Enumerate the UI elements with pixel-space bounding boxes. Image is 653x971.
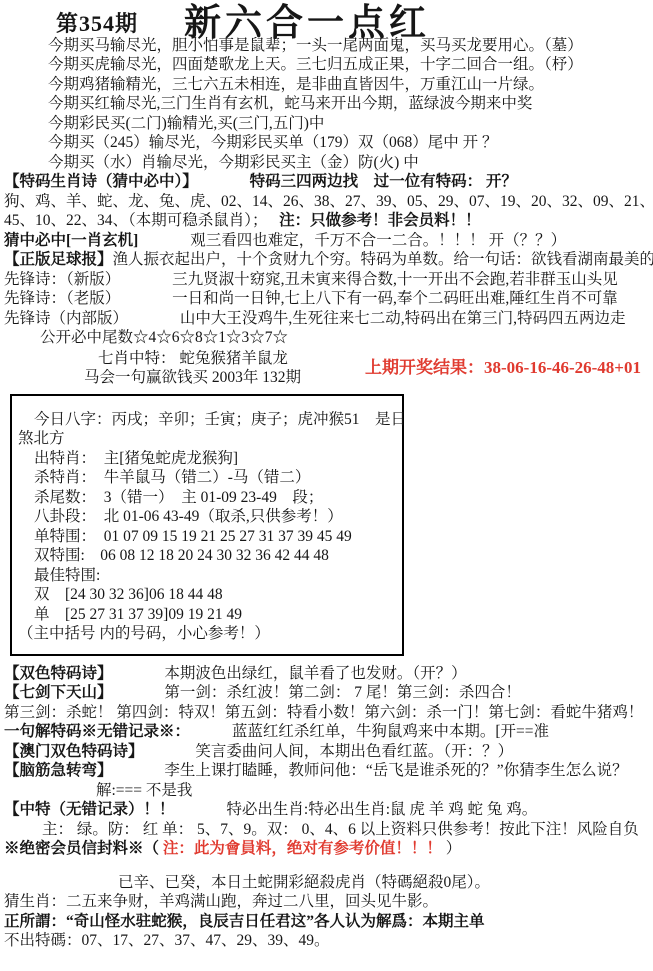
buchu-tema-line: 不出特碼：07、17、27、37、47、29、39、49。 (4, 931, 649, 951)
jiete-line: 一句解特码※无错记录※： 蓝蓝红红杀红单，牛狗鼠鸡来中本期。[开==准 (4, 722, 649, 742)
zhengsuowei-line: 正所謂：“奇山怪水驻蛇猴，良辰吉日任君这”各人认为解爲：本期主单 (4, 912, 649, 932)
zhongte-label: 【中特（无错记录）！！ (4, 801, 175, 818)
one-xiao-line: 猜中必中[一肖玄机] 观三看四也难定，千万不合一二合。！！！ 开（？？） (4, 231, 649, 251)
pioneer-inner-label: 先锋诗（内部版） (4, 310, 128, 327)
bazi-line1: 今日八字：丙戌；辛卯；壬寅；庚子；虎冲猴51 是日 (16, 410, 398, 430)
pioneer-new-text: 三九贤淑十窈窕,丑未寅来得合数,十一开出不会跑,若非群玉山头见 (172, 271, 618, 288)
page-title: 新六合一点红 (184, 14, 430, 34)
dan-tewei-line: 单特围： 01 07 09 15 19 21 25 27 31 37 39 45… (16, 527, 398, 547)
riddle-answer-line: 解:=== 不是我 (96, 781, 649, 801)
last-draw-result: 上期开奖结果：38-06-16-46-26-48+01 (365, 358, 641, 378)
zodiac-header-line: 【特码生肖诗（猜中必中）】 特码三四两边找 过一位有特码： 开？ (4, 172, 649, 192)
bottom-sections: 【双色特码诗】 本期波色出绿红，鼠羊看了也发财。（开？） 【七剑下天山】 第一剑… (4, 664, 649, 951)
pioneer-inner-text: 山中大王没鸡牛,生死往来七二动,特码出在第三门,特码四五两边走 (180, 310, 626, 327)
member-note-prefix: ※绝密会员信封料※（ (4, 840, 163, 857)
qijian-label: 【七剑下天山】 (4, 684, 113, 701)
header: 第354期 新六合一点红 (4, 4, 649, 36)
zodiac-section-title: 【特码生肖诗（猜中必中）】 (4, 173, 198, 190)
result-row: 七肖中特： 蛇兔猴猪羊鼠龙 马会一句赢欲钱买 2003年 132期 上期开奖结果… (4, 349, 649, 388)
qijian-line2: 第三剑：杀蛇！ 第四剑：特双！第五剑：特看小数！第六剑：杀一门！第七剑：看蛇牛猪… (4, 703, 649, 723)
football-text: 渔人振衣起出户，十个贪财九个穷。特码为单数。给一句话：欲钱看湖南最美的地方。 (113, 251, 653, 268)
shuangse-label: 【双色特码诗】 (4, 665, 113, 682)
zodiac-section: 【特码生肖诗（猜中必中）】 特码三四两边找 过一位有特码： 开？ 狗、鸡、羊、蛇… (4, 172, 649, 250)
member-note-line: ※绝密会员信封料※（ 注：此为會員料，绝对有参考价值！！！ ） (4, 839, 649, 859)
blank-gap (4, 859, 649, 873)
sha-texiao-line: 杀特肖： 牛羊鼠马（错二）-马（错二） (16, 468, 398, 488)
football-label: 【正版足球报】 (4, 251, 113, 268)
member-note-red: 注：此为會員料，绝对有参考价值！！！ (163, 840, 442, 857)
zodiac-numbers-line2: 45、10、22、34、（本期可稳杀鼠肖）； 注：只做参考！非会员料！！ (4, 211, 649, 231)
member-note-suffix: ） (442, 840, 461, 857)
zodiac-numbers-line1: 狗、鸡、羊、蛇、龙、兔、虎、02、14、26、38、27、39、05、29、07… (4, 192, 649, 212)
pioneer-new-line: 先锋诗：（新版） 三九贤淑十窈窕,丑未寅来得合数,十一开出不会跑,若非群玉山头见 (4, 270, 649, 290)
jiete-text: 蓝蓝红红杀红单，牛狗鼠鸡来中本期。[开==准 (232, 723, 549, 740)
pioneer-new-label: 先锋诗：（新版） (4, 271, 120, 288)
poem-line: 今期买红输尽光,三门生肖有玄机，蛇马来开出今期，蓝绿波今期来中奖 (48, 94, 649, 114)
box-note-line: （主中括号 内的号码，小心参考！） (16, 624, 398, 644)
pioneer-old-text: 一日和尚一日钟,七上八下有一码,奉个二码旺出难,陲红生肖不可靠 (172, 290, 618, 307)
cai-shengxiao-line: 猜生肖：二五来争财，羊鸡满山跑，奔过二八里，回头见牛影。 (4, 892, 649, 912)
naojin-line: 【脑筋急转弯】 李生上课打瞌睡，教师问他：“岳飞是谁杀死的？”你猜李生怎么说？ (4, 761, 649, 781)
zhufang-line: 主： 绿。防： 红 单： 5、7、9。双： 0、4、6 以上资料只供参考！按此下… (42, 820, 649, 840)
pioneer-inner-line: 先锋诗（内部版） 山中大王没鸡牛,生死往来七二动,特码出在第三门,特码四五两边走 (4, 309, 649, 329)
tip-sheet-page: 第354期 新六合一点红 今期买马输尽光，胆小怕事是鼠辈；一头一尾两面鬼，买马买… (0, 0, 653, 971)
opening-poem: 今期买马输尽光，胆小怕事是鼠辈；一头一尾两面鬼，买马买龙要用心。（墓） 今期买虎… (48, 36, 649, 173)
one-xiao-text: 观三看四也难定，千万不合一二合。！！！ 开（？？） (190, 232, 566, 249)
issue-number: 第354期 (56, 14, 138, 34)
jiete-label: 一句解特码※无错记录※： (4, 723, 190, 740)
reference-note: 注：只做参考！非会员料！！ (279, 212, 481, 229)
best-tewei-label: 最佳特围: (16, 566, 398, 586)
best-even-line: 双 [24 30 32 36]06 18 44 48 (16, 585, 398, 605)
shuangse-text: 本期波色出绿红，鼠羊看了也发财。（开？） (164, 665, 466, 682)
poem-line: 今期彩民买(二门)输精光,买(三门,五门)中 (48, 114, 649, 134)
qijian-text: 第一剑：杀红波！第二剑： 7 尾！第三剑：杀四合！ (164, 684, 521, 701)
poem-line: 今期买虎输尽光，四面楚歌龙上天。三七归五成正果，十字二回合一组。（杼） (48, 55, 649, 75)
aomen-text: 笑言委曲问人间，本期出色看红蓝。（开：？） (195, 743, 513, 760)
bazi-line2: 煞北方 (16, 429, 398, 449)
bagua-line: 八卦段： 北 01-06 43-49（取杀,只供参考！） (16, 507, 398, 527)
zodiac-numbers-rest: 45、10、22、34、（本期可稳杀鼠肖）； (4, 212, 275, 229)
naojin-label: 【脑筋急转弯】 (4, 762, 113, 779)
chu-texiao-line: 出特肖： 主[猪兔蛇虎龙猴狗] (16, 449, 398, 469)
jixin-line: 已辛、已癸，本日土蛇開彩絕殺虎肖（特碼絕殺0尾）。 (118, 873, 649, 893)
zodiac-hint: 特码三四两边找 过一位有特码： 开？ (250, 173, 517, 190)
sha-weishu-line: 杀尾数： 3（错一） 主 01-09 23-49 段； (16, 488, 398, 508)
shuang-tewei-line: 双特围: 06 08 12 18 20 24 30 32 36 42 44 48 (16, 546, 398, 566)
one-xiao-label: 猜中必中[一肖玄机] (4, 232, 138, 249)
zhongte-line: 【中特（无错记录）！！ 特必出生肖:特必出生肖:鼠 虎 羊 鸡 蛇 兔 鸡。 (4, 800, 649, 820)
shuangse-line: 【双色特码诗】 本期波色出绿红，鼠羊看了也发财。（开？） (4, 664, 649, 684)
best-odd-line: 单 [25 27 31 37 39]09 19 21 49 (16, 605, 398, 625)
aomen-label: 【澳门双色特码诗】 (4, 743, 144, 760)
pioneer-old-label: 先锋诗：（老版） (4, 290, 120, 307)
poem-line: 今期买（水）肖输尽光，今期彩民买主（金）防(火) 中 (48, 153, 649, 173)
forecast-box: 今日八字：丙戌；辛卯；壬寅；庚子；虎冲猴51 是日 煞北方 出特肖： 主[猪兔蛇… (10, 394, 404, 656)
qijian-line: 【七剑下天山】 第一剑：杀红波！第二剑： 7 尾！第三剑：杀四合！ (4, 683, 649, 703)
poem-line: 今期买（245）输尽光，今期彩民买单（179）双（068）尾中 开 ？ (48, 133, 649, 153)
aomen-line: 【澳门双色特码诗】 笑言委曲问人间，本期出色看红蓝。（开：？） (4, 742, 649, 762)
football-section: 【正版足球报】渔人振衣起出户，十个贪财九个穷。特码为单数。给一句话：欲钱看湖南最… (4, 250, 649, 270)
football-line: 【正版足球报】渔人振衣起出户，十个贪财九个穷。特码为单数。给一句话：欲钱看湖南最… (4, 250, 649, 270)
lucky-tails-line: 公开必中尾数☆4☆6☆8☆1☆3☆7☆ (40, 328, 649, 348)
pioneer-poems-section: 先锋诗：（新版） 三九贤淑十窈窕,丑未寅来得合数,十一开出不会跑,若非群玉山头见… (4, 270, 649, 388)
pioneer-old-line: 先锋诗：（老版） 一日和尚一日钟,七上八下有一码,奉个二码旺出难,陲红生肖不可靠 (4, 289, 649, 309)
zhongte-text: 特必出生肖:特必出生肖:鼠 虎 羊 鸡 蛇 兔 鸡。 (226, 801, 537, 818)
poem-line: 今期鸡猪输精光，三七六五未相连，是非曲直皆因牛，万重江山一片绿。 (48, 75, 649, 95)
naojin-text: 李生上课打瞌睡，教师问他：“岳飞是谁杀死的？”你猜李生怎么说？ (164, 762, 627, 779)
poem-line: 今期买马输尽光，胆小怕事是鼠辈；一头一尾两面鬼，买马买龙要用心。（墓） (48, 36, 649, 56)
